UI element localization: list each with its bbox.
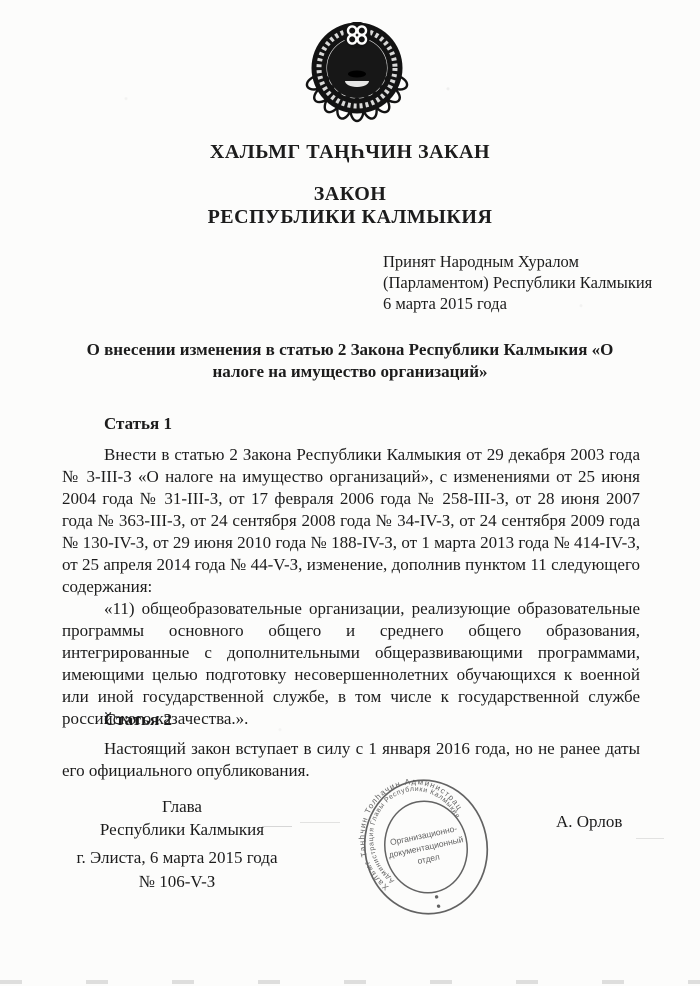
adoption-line-3: 6 марта 2015 года	[383, 293, 652, 314]
scan-noise-strip	[0, 980, 700, 984]
document-subject-title: О внесении изменения в статью 2 Закона Р…	[80, 339, 620, 383]
scanned-law-page: ХАЛЬМГ ТАҢҺЧИН ЗАКАН ЗАКОН РЕСПУБЛИКИ КА…	[0, 0, 700, 986]
adoption-block: Принят Народным Хуралом (Парламентом) Ре…	[383, 251, 652, 314]
signatory-position-line-1: Глава	[62, 795, 302, 818]
law-title-block: ЗАКОН РЕСПУБЛИКИ КАЛМЫКИЯ	[0, 183, 700, 229]
kalmyk-law-title: ХАЛЬМГ ТАҢҺЧИН ЗАКАН	[0, 141, 700, 164]
article-1-body: Внести в статью 2 Закона Республики Калм…	[62, 444, 640, 730]
adoption-line-1: Принят Народным Хуралом	[383, 251, 652, 272]
law-title: ЗАКОН	[0, 183, 700, 206]
stamp-center-line-3: отдел	[416, 851, 440, 865]
signatory-position: Глава Республики Калмыкия	[62, 795, 302, 841]
scan-artifact-line	[636, 838, 664, 839]
law-subtitle: РЕСПУБЛИКИ КАЛМЫКИЯ	[0, 206, 700, 229]
issue-number: № 106-V-З	[62, 870, 292, 894]
issue-place-date: г. Элиста, 6 марта 2015 года	[62, 846, 292, 870]
scan-artifact-line	[300, 822, 340, 823]
article-2-paragraph-1: Настоящий закон вступает в силу с 1 янва…	[62, 738, 640, 782]
office-stamp: Хальмг Таңһчин Толһачин Администрац Адми…	[358, 774, 494, 920]
issue-block: г. Элиста, 6 марта 2015 года № 106-V-З	[62, 846, 292, 894]
kalmykia-coat-of-arms	[300, 22, 415, 124]
article-1-heading: Статья 1	[104, 414, 172, 434]
article-2-body: Настоящий закон вступает в силу с 1 янва…	[62, 738, 640, 782]
signatory-position-line-2: Республики Калмыкия	[62, 818, 302, 841]
adoption-line-2: (Парламентом) Республики Калмыкия	[383, 272, 652, 293]
article-2-heading: Статья 2	[104, 710, 172, 730]
signatory-name: А. Орлов	[556, 812, 622, 832]
article-1-paragraph-1: Внести в статью 2 Закона Республики Калм…	[62, 444, 640, 598]
scan-artifact-line	[262, 826, 292, 827]
